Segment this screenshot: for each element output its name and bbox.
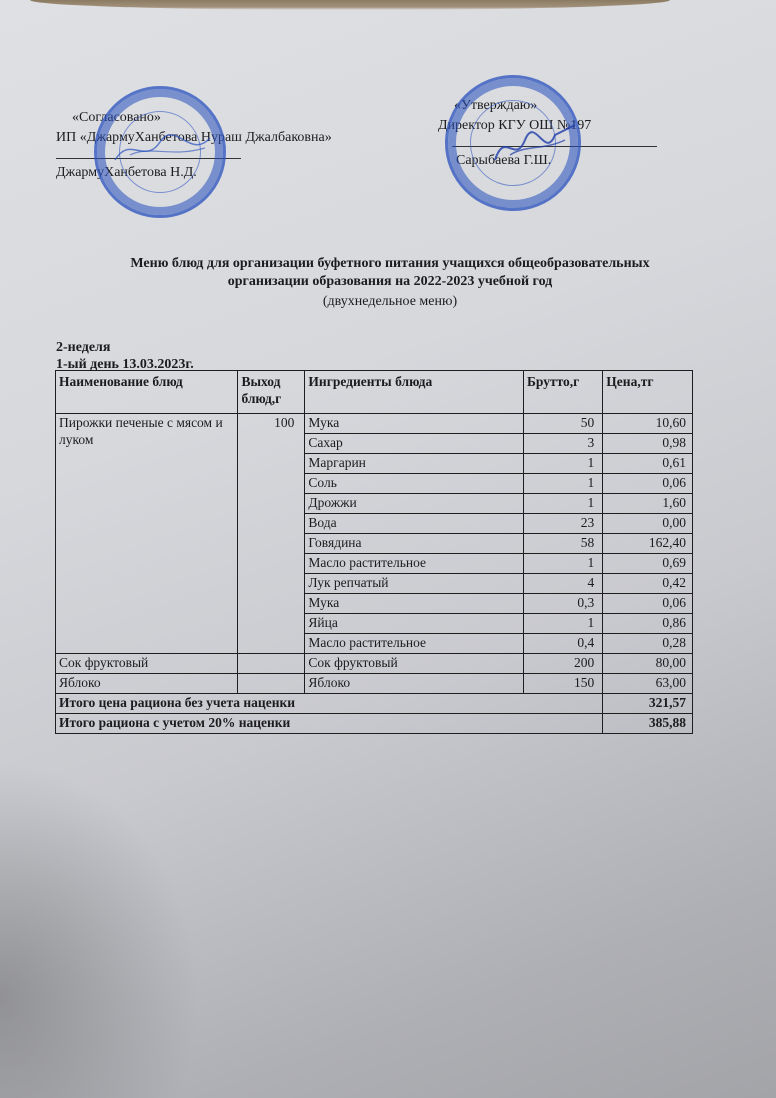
table-header-row: Наименование блюд Выход блюд,г Ингредиен… <box>56 371 693 414</box>
title-line-2: организации образования на 2022-2023 уче… <box>40 273 740 291</box>
ingredient-name: Вода <box>305 514 524 534</box>
total-label: Итого цена рациона без учета наценки <box>56 694 603 714</box>
table-body: Пирожки печеные с мясом и луком100Мука50… <box>56 414 693 734</box>
ingredient-price: 0,61 <box>603 454 693 474</box>
header-output: Выход блюд,г <box>238 371 305 414</box>
dish-name: Яблоко <box>56 674 238 694</box>
ingredient-gross: 50 <box>523 414 602 434</box>
ingredient-name: Яйца <box>305 614 524 634</box>
ingredient-gross: 1 <box>523 454 602 474</box>
ingredient-price: 0,06 <box>603 474 693 494</box>
ingredient-name: Масло растительное <box>305 554 524 574</box>
table-row: ЯблокоЯблоко15063,00 <box>56 674 693 694</box>
ingredient-name: Лук репчатый <box>305 574 524 594</box>
approval-left-label: «Согласовано» <box>56 108 376 128</box>
ingredient-gross: 58 <box>523 534 602 554</box>
ingredient-gross: 1 <box>523 554 602 574</box>
ingredient-gross: 1 <box>523 614 602 634</box>
ingredient-price: 0,42 <box>603 574 693 594</box>
ingredient-name: Мука <box>305 594 524 614</box>
approval-right-position: Директор КГУ ОШ №197 <box>438 116 668 136</box>
document-subtitle: (двухнедельное меню) <box>40 294 740 310</box>
ingredient-price: 0,69 <box>603 554 693 574</box>
ingredient-price: 0,98 <box>603 434 693 454</box>
approval-left-block: «Согласовано» ИП «ДжармуХанбетова Нураш … <box>56 108 376 183</box>
ingredient-gross: 1 <box>523 494 602 514</box>
table-row: Пирожки печеные с мясом и луком100Мука50… <box>56 414 693 434</box>
ingredient-name: Маргарин <box>305 454 524 474</box>
header-dish: Наименование блюд <box>56 371 238 414</box>
approval-right-signatory: Сарыбаева Г.Ш. <box>438 151 668 171</box>
header-ingredients: Ингредиенты блюда <box>305 371 524 414</box>
ingredient-gross: 4 <box>523 574 602 594</box>
total-row: Итого рациона с учетом 20% наценки385,88 <box>56 714 693 734</box>
ingredient-name: Яблоко <box>305 674 524 694</box>
desk-edge <box>30 0 670 10</box>
ingredient-name: Дрожжи <box>305 494 524 514</box>
approval-right-block: «Утверждаю» Директор КГУ ОШ №197 Сарыбае… <box>438 96 668 171</box>
total-label: Итого рациона с учетом 20% наценки <box>56 714 603 734</box>
menu-table: Наименование блюд Выход блюд,г Ингредиен… <box>55 370 693 734</box>
total-value: 321,57 <box>603 694 693 714</box>
ingredient-name: Масло растительное <box>305 634 524 654</box>
ingredient-gross: 1 <box>523 474 602 494</box>
ingredient-name: Сахар <box>305 434 524 454</box>
ingredient-name: Говядина <box>305 534 524 554</box>
ingredient-gross: 23 <box>523 514 602 534</box>
ingredient-gross: 0,4 <box>523 634 602 654</box>
approval-left-position: ИП «ДжармуХанбетова Нураш Джалбаковна» <box>56 128 376 148</box>
week-label: 2-неделя <box>56 340 110 356</box>
shadow <box>0 760 200 1098</box>
approval-right-label: «Утверждаю» <box>438 96 668 116</box>
ingredient-name: Сок фруктовый <box>305 654 524 674</box>
signature-line <box>56 158 241 159</box>
total-row: Итого цена рациона без учета наценки321,… <box>56 694 693 714</box>
ingredient-gross: 150 <box>523 674 602 694</box>
header-gross: Брутто,г <box>523 371 602 414</box>
ingredient-price: 0,00 <box>603 514 693 534</box>
dish-output <box>238 654 305 674</box>
total-value: 385,88 <box>603 714 693 734</box>
dish-name: Сок фруктовый <box>56 654 238 674</box>
dish-output <box>238 674 305 694</box>
header-price: Цена,тг <box>603 371 693 414</box>
ingredient-price: 1,60 <box>603 494 693 514</box>
ingredient-price: 10,60 <box>603 414 693 434</box>
document-title: Меню блюд для организации буфетного пита… <box>40 255 740 291</box>
dish-name: Пирожки печеные с мясом и луком <box>56 414 238 654</box>
ingredient-gross: 3 <box>523 434 602 454</box>
approval-left-signatory: ДжармуХанбетова Н.Д. <box>56 163 376 183</box>
dish-output: 100 <box>238 414 305 654</box>
ingredient-gross: 0,3 <box>523 594 602 614</box>
title-line-1: Меню блюд для организации буфетного пита… <box>40 255 740 273</box>
ingredient-name: Мука <box>305 414 524 434</box>
ingredient-price: 0,28 <box>603 634 693 654</box>
ingredient-price: 0,06 <box>603 594 693 614</box>
ingredient-price: 80,00 <box>603 654 693 674</box>
ingredient-price: 0,86 <box>603 614 693 634</box>
ingredient-gross: 200 <box>523 654 602 674</box>
table-row: Сок фруктовыйСок фруктовый20080,00 <box>56 654 693 674</box>
ingredient-price: 162,40 <box>603 534 693 554</box>
ingredient-price: 63,00 <box>603 674 693 694</box>
signature-line <box>452 146 657 147</box>
ingredient-name: Соль <box>305 474 524 494</box>
